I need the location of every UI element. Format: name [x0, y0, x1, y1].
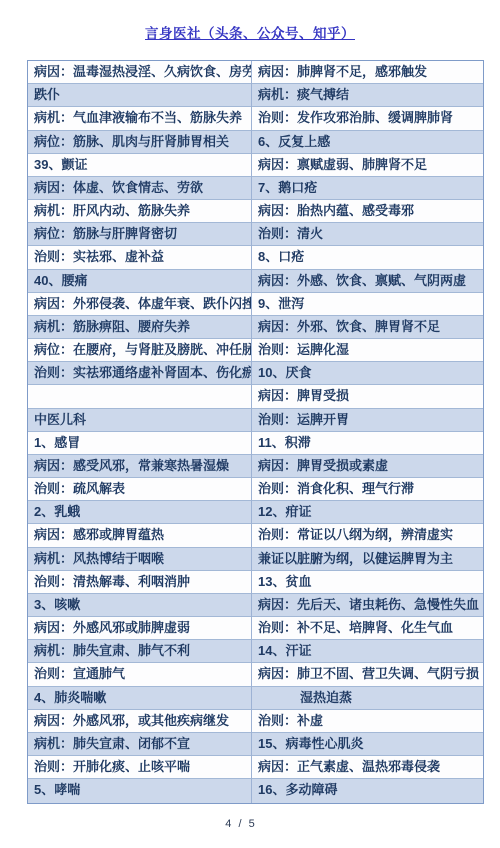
table-row: 治则：清热解毒、利咽消肿 — [28, 571, 251, 594]
table-row: 病因：脾胃受损 — [252, 385, 483, 408]
table-row: 病因：外感、饮食、禀赋、气阴两虚 — [252, 270, 483, 293]
table-row: 湿热迫蒸 — [252, 687, 483, 710]
table-row: 病机：痰气搏结 — [252, 84, 483, 107]
table-row: 病位：在腰府，与肾脏及膀胱、冲任脉 — [28, 339, 251, 362]
table-row: 12、疳证 — [252, 501, 483, 524]
table-row: 病因：感邪或脾胃蕴热 — [28, 524, 251, 547]
table-row: 病因：先后天、诸虫耗伤、急慢性失血 — [252, 594, 483, 617]
table-row: 10、厌食 — [252, 362, 483, 385]
table-row: 病因：正气素虚、温热邪毒侵袭 — [252, 756, 483, 779]
table-row: 7、鹅口疮 — [252, 177, 483, 200]
table-row: 13、贫血 — [252, 571, 483, 594]
table-row: 治则：开肺化痰、止咳平喘 — [28, 756, 251, 779]
table-row: 病因：外感风邪，或其他疾病继发 — [28, 710, 251, 733]
table-row: 39、颤证 — [28, 154, 251, 177]
table-row: 治则：补不足、培脾肾、化生气血 — [252, 617, 483, 640]
table-column-right: 病因：肺脾肾不足，感邪触发病机：痰气搏结治则：发作攻邪治肺、缓调脾肺肾6、反复上… — [251, 61, 483, 803]
page-number: 4 / 5 — [0, 818, 482, 830]
table-row: 病因：禀赋虚弱、肺脾肾不足 — [252, 154, 483, 177]
table-row: 病因：脾胃受损或素虚 — [252, 455, 483, 478]
table-row: 病因：胎热内蕴、感受毒邪 — [252, 200, 483, 223]
table-row: 病机：肺失宣肃、闭郁不宣 — [28, 733, 251, 756]
table-row: 2、乳蛾 — [28, 501, 251, 524]
table-row: 病因：外邪、饮食、脾胃肾不足 — [252, 316, 483, 339]
table-row: 8、口疮 — [252, 246, 483, 269]
table-row: 6、反复上感 — [252, 131, 483, 154]
table-row: 病机：肝风内动、筋脉失养 — [28, 200, 251, 223]
table-row: 14、汗证 — [252, 640, 483, 663]
table-row: 病机：肺失宣肃、肺气不利 — [28, 640, 251, 663]
table-row: 40、腰痛 — [28, 270, 251, 293]
table-row: 病因：温毒湿热浸淫、久病饮食、房劳 — [28, 61, 251, 84]
table-row: 病因：肺卫不固、营卫失调、气阴亏损 — [252, 663, 483, 686]
table-row: 11、积滞 — [252, 432, 483, 455]
table-row: 中医儿科 — [28, 409, 251, 432]
table-row: 跌仆 — [28, 84, 251, 107]
table-row: 15、病毒性心肌炎 — [252, 733, 483, 756]
table-row: 1、感冒 — [28, 432, 251, 455]
table-row: 治则：发作攻邪治肺、缓调脾肺肾 — [252, 107, 483, 130]
table-row — [28, 385, 251, 408]
table-row: 治则：常证以八纲为纲，辨清虚实 — [252, 524, 483, 547]
table-row: 病位：筋脉与肝脾肾密切 — [28, 223, 251, 246]
table-row: 16、多动障碍 — [252, 779, 483, 802]
table-row: 病因：体虚、饮食情志、劳欲 — [28, 177, 251, 200]
table-row: 治则：消食化积、理气行滞 — [252, 478, 483, 501]
table-row: 治则：运脾开胃 — [252, 409, 483, 432]
table-row: 治则：实祛邪通络虚补肾固本、伤化瘀 — [28, 362, 251, 385]
table-row: 病因：外邪侵袭、体虚年衰、跌仆闪挫 — [28, 293, 251, 316]
table-row: 治则：清火 — [252, 223, 483, 246]
table-row: 病因：感受风邪，常兼寒热暑湿燥 — [28, 455, 251, 478]
table-row: 病机：筋脉痹阻、腰府失养 — [28, 316, 251, 339]
table-row: 病机：风热博结于咽喉 — [28, 548, 251, 571]
table-column-left: 病因：温毒湿热浸淫、久病饮食、房劳跌仆病机：气血津液输布不当、筋脉失养病位：筋脉… — [28, 61, 251, 803]
page-title: 言身医社（头条、公众号、知乎） — [0, 22, 500, 42]
table-row: 病因：肺脾肾不足，感邪触发 — [252, 61, 483, 84]
document-page: 言身医社（头条、公众号、知乎） 病因：温毒湿热浸淫、久病饮食、房劳跌仆病机：气血… — [0, 0, 500, 848]
table-row: 病机：气血津液输布不当、筋脉失养 — [28, 107, 251, 130]
table-row: 治则：宣通肺气 — [28, 663, 251, 686]
table-row: 5、哮喘 — [28, 779, 251, 802]
table-row: 兼证以脏腑为纲，以健运脾胃为主 — [252, 548, 483, 571]
table-row: 治则：疏风解表 — [28, 478, 251, 501]
table-row: 治则：补虚 — [252, 710, 483, 733]
table-row: 4、肺炎喘嗽 — [28, 687, 251, 710]
notes-table: 病因：温毒湿热浸淫、久病饮食、房劳跌仆病机：气血津液输布不当、筋脉失养病位：筋脉… — [27, 60, 484, 804]
table-row: 治则：运脾化湿 — [252, 339, 483, 362]
table-row: 9、泄泻 — [252, 293, 483, 316]
table-row: 治则：实祛邪、虚补益 — [28, 246, 251, 269]
table-row: 病位：筋脉、肌肉与肝肾肺胃相关 — [28, 131, 251, 154]
table-row: 病因：外感风邪或肺脾虚弱 — [28, 617, 251, 640]
table-row: 3、咳嗽 — [28, 594, 251, 617]
